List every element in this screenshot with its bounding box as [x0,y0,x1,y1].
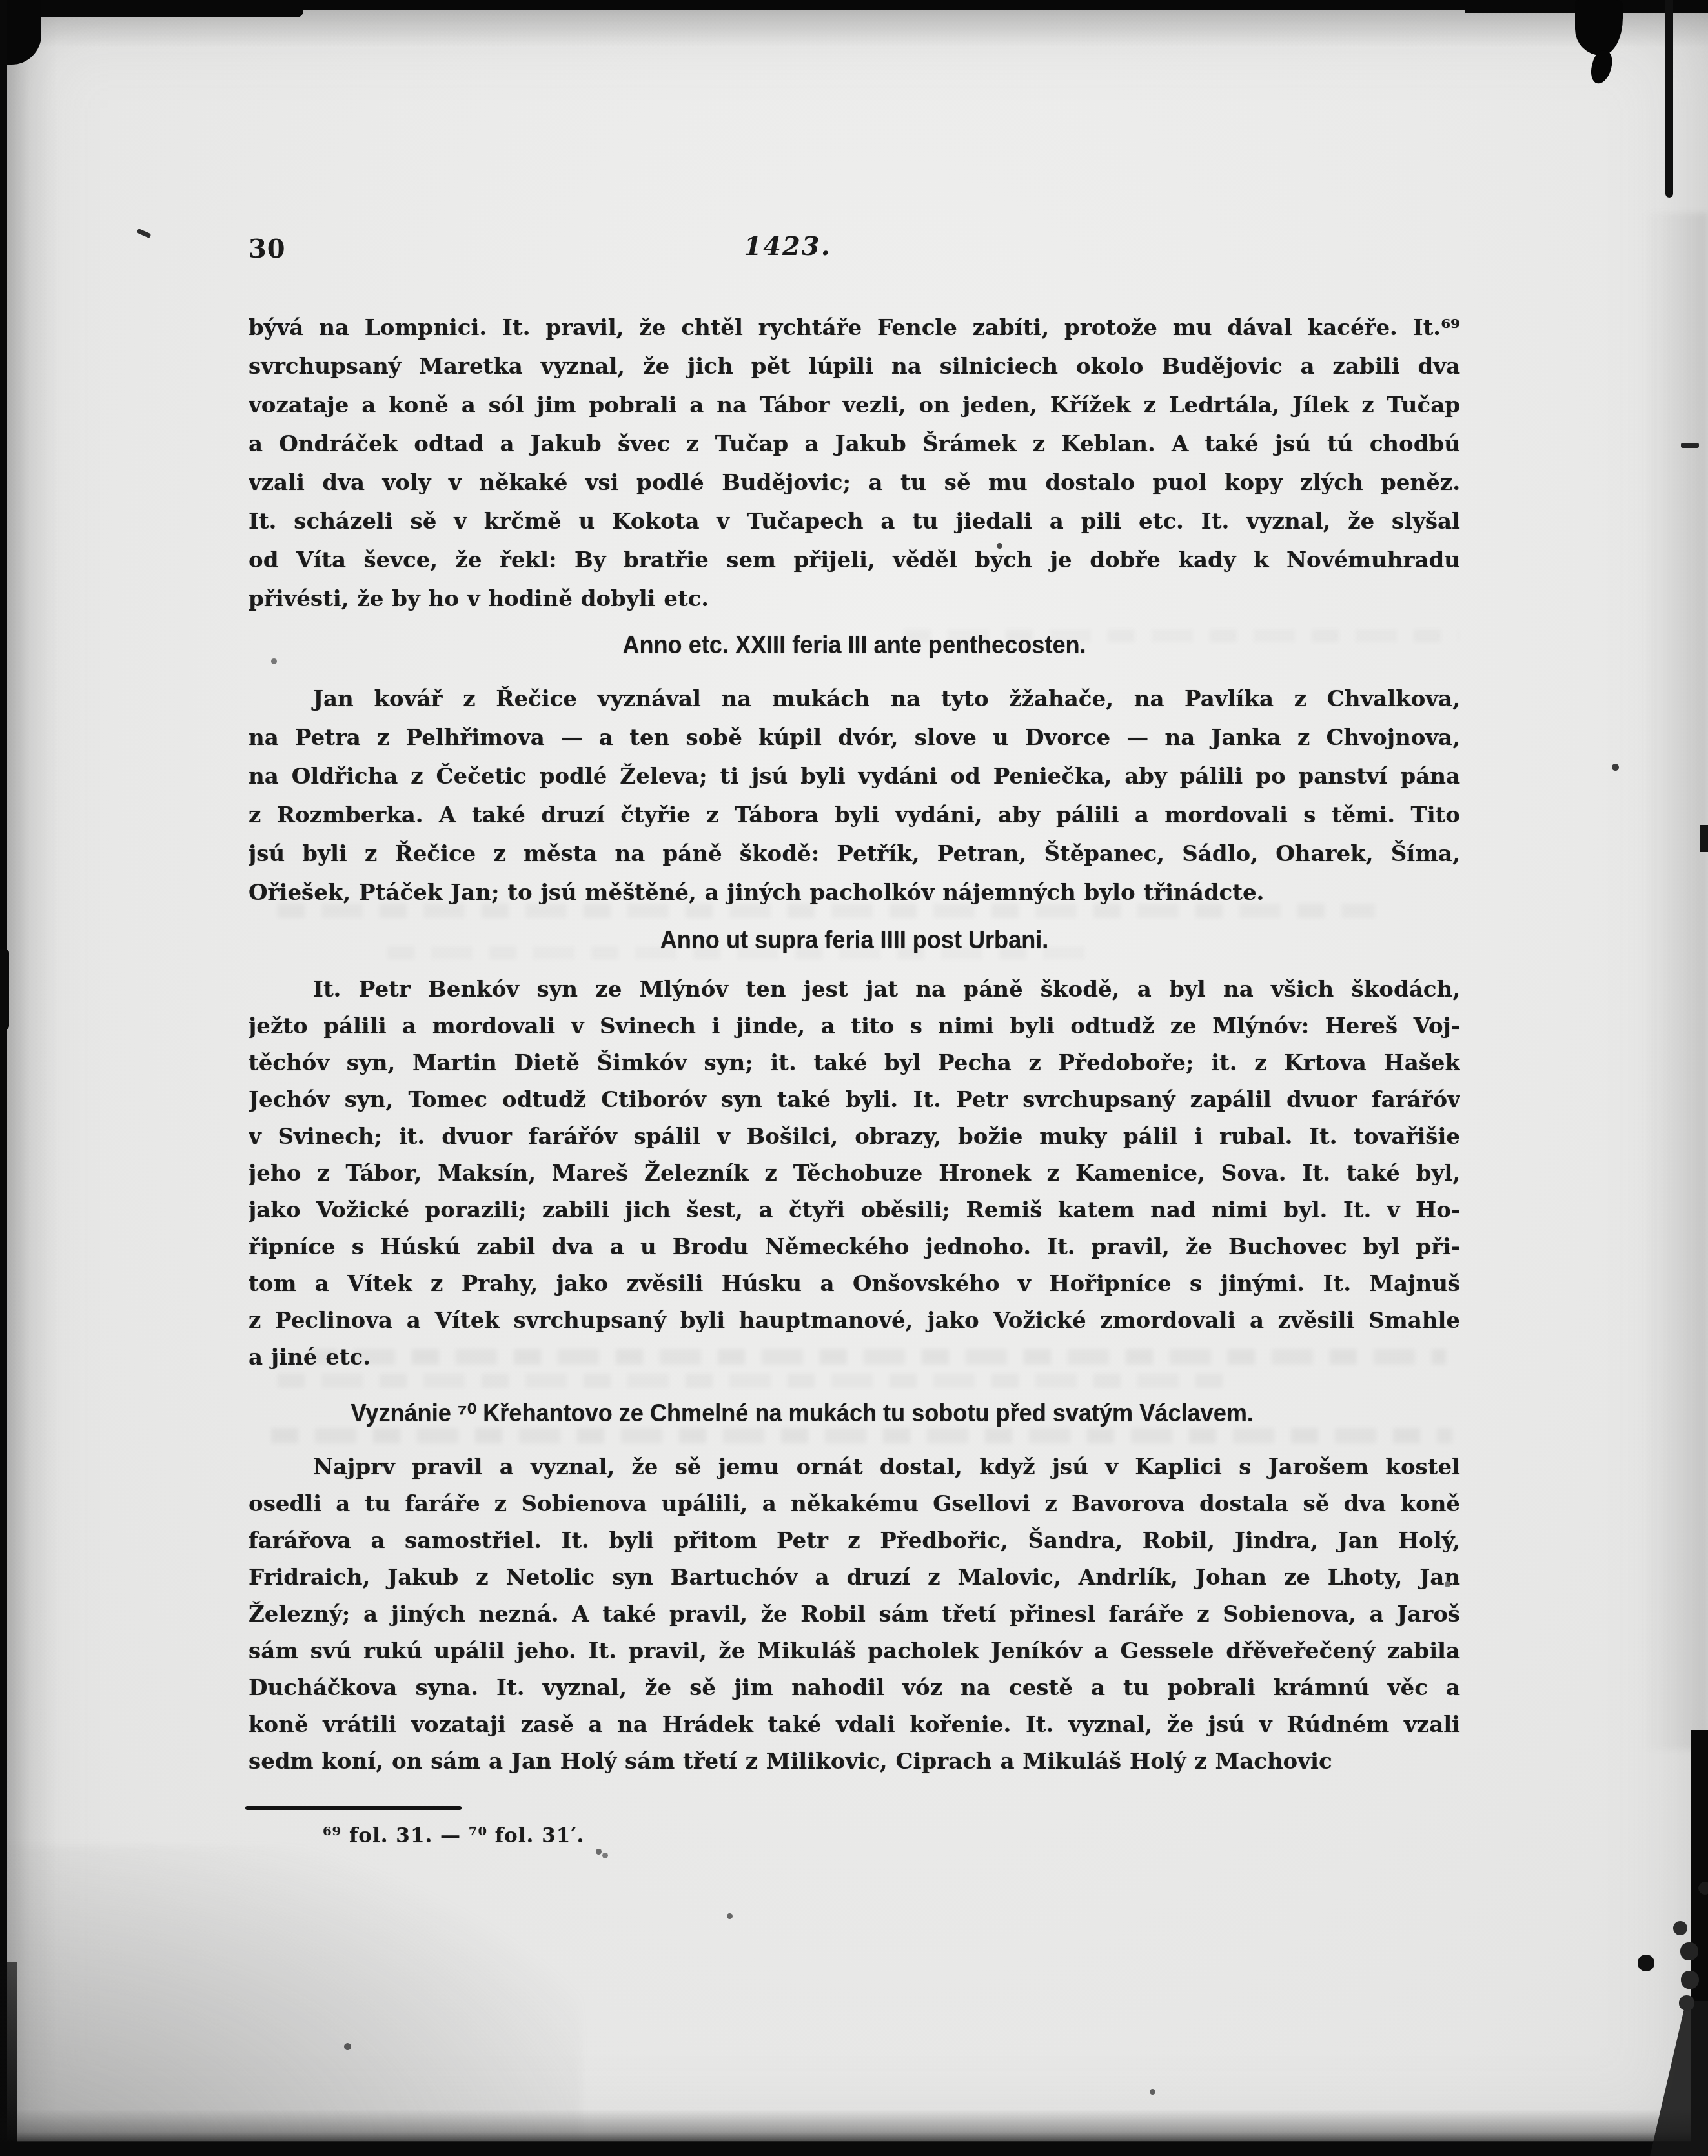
text-line: těchóv syn, Martin Dietě Šimkóv syn; it.… [249,1045,1460,1082]
text-line: svrchupsaný Maretka vyznal, že jich pět … [249,347,1460,386]
text-line: Ořiešek, Ptáček Jan; to jsú měštěné, a j… [249,873,1460,912]
text-line: řipníce s Húskú zabil dva a u Brodu Něme… [249,1229,1460,1266]
text-line: koně vrátili vozataji zasě a na Hrádek t… [249,1707,1460,1744]
text-line: na Petra z Pelhřimova — a ten sobě kúpil… [249,718,1460,757]
scan-shadow-bottom-right [1650,2001,1708,2156]
text-line: sedm koní, on sám a Jan Holý sám třetí z… [249,1744,1460,1780]
scan-background: 30 1423. bývá na Lompnici. It. pravil, ž… [0,0,1708,2156]
text-line: z Peclinova a Vítek svrchupsaný byli hau… [249,1303,1460,1339]
text-line: od Víta ševce, že řekl: By bratřie sem p… [249,541,1460,580]
text-line: jako Vožické porazili; zabili jich šest,… [249,1192,1460,1229]
text-line: ježto pálili a mordovali v Svinech i jin… [249,1008,1460,1045]
text-line: Jechóv syn, Tomec odtudž Ctiboróv syn ta… [249,1082,1460,1119]
footnote-text: ⁶⁹ fol. 31. — ⁷⁰ fol. 31′. [323,1824,584,1847]
text-line: sám svú rukú upálil jeho. It. pravil, že… [249,1633,1460,1670]
text-line: Jan kovář z Řečice vyznával na mukách na… [249,680,1460,718]
text-line: Najprv pravil a vyznal, že sě jemu ornát… [249,1449,1460,1486]
footnote-separator-rule [245,1806,462,1810]
text-line: It. scházeli sě v krčmě u Kokota v Tučap… [249,502,1460,541]
text-line: vzali dva voly v někaké vsi podlé Budějo… [249,463,1460,502]
text-line: Železný; a jiných nezná. A také pravil, … [249,1596,1460,1633]
scan-edge-bottom [0,2141,1708,2156]
text-line: tom a Vítek z Prahy, jako zvěsili Húsku … [249,1266,1460,1303]
scanned-book-page: 30 1423. bývá na Lompnici. It. pravil, ž… [0,0,1708,2156]
text-block: bývá na Lompnici. It. pravil, že chtěl r… [249,309,1460,1780]
paper-left-shade [6,0,58,2156]
running-head-year: 1423. [668,231,907,261]
text-line: přivésti, že by ho v hodině dobyli etc. [249,580,1460,618]
pen-dash-top-left [137,229,152,238]
text-line: farářova a samostřiel. It. byli přitom P… [249,1523,1460,1560]
text-line: a Ondráček odtad a Jakub švec z Tučap a … [249,425,1460,463]
margin-dash-right [1681,443,1699,448]
page-number: 30 [249,234,286,264]
paragraph-2: Jan kovář z Řečice vyznával na mukách na… [249,680,1460,912]
text-line: na Oldřicha z Čečetic podlé Želeva; ti j… [249,757,1460,796]
section-heading-1: Anno etc. XXIII feria III ante penthecos… [279,629,1430,662]
scan-bottom-fade [0,2110,1708,2142]
scan-edge-left [0,0,7,2156]
text-line: osedli a tu faráře z Sobienova upálili, … [249,1486,1460,1523]
paragraph-4: Najprv pravil a vyznal, že sě jemu ornát… [249,1449,1460,1780]
scan-corner-bottom-left [0,1962,17,2156]
edge-tick-right [1700,825,1708,852]
paragraph-3: It. Petr Benkóv syn ze Mlýnóv ten jest j… [249,971,1460,1376]
text-line: z Rozmberka. A také druzí čtyřie z Tábor… [249,796,1460,835]
section-heading-2: Anno ut supra feria IIII post Urbani. [279,924,1430,957]
text-line: Fridraich, Jakub z Netolic syn Bartuchóv… [249,1560,1460,1596]
text-line: bývá na Lompnici. It. pravil, že chtěl r… [249,309,1460,347]
scan-left-notch [0,949,9,1030]
scan-line-top-right [1665,0,1673,198]
text-line: v Svinech; it. dvuor farářóv spálil v Bo… [249,1119,1460,1155]
paragraph-1: bývá na Lompnici. It. pravil, že chtěl r… [249,309,1460,618]
scan-edge-top-left [0,0,303,17]
text-line: a jiné etc. [249,1339,1460,1376]
text-line: jeho z Tábor, Maksín, Mareš Železník z T… [249,1155,1460,1192]
text-line: jsú byli z Řečice z města na páně škodě:… [249,835,1460,873]
section-heading-3: Vyznánie ⁷⁰ Křehantovo ze Chmelné na muk… [227,1398,1378,1430]
dust-specks [0,0,3,3]
text-line: Ducháčkova syna. It. vyznal, že sě jim n… [249,1670,1460,1707]
text-line: vozataje a koně a sól jim pobrali a na T… [249,386,1460,425]
text-line: It. Petr Benkóv syn ze Mlýnóv ten jest j… [249,971,1460,1008]
ink-blob-top-right-drip [1588,48,1615,86]
